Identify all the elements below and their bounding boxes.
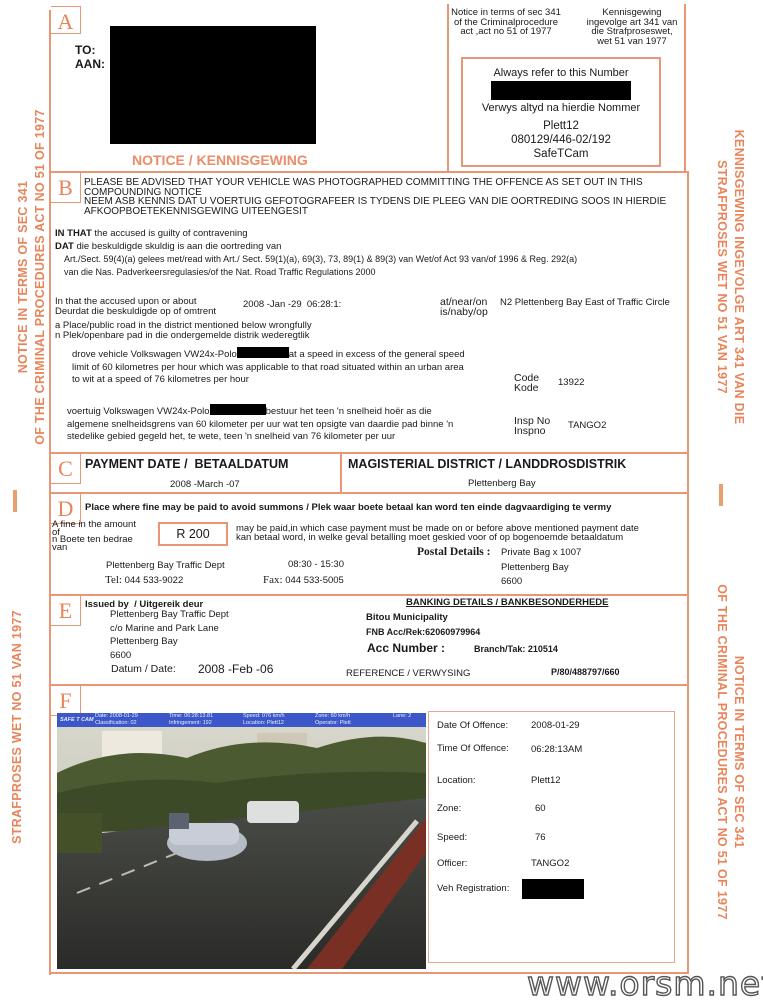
banking-label-en: BANKING DETAILS — [406, 597, 493, 608]
overlay-zone: Zone: 60 km/h — [315, 713, 350, 720]
offence-detail-row: Speed: — [437, 832, 467, 843]
margin-line: OF THE CRIMINAL PROCEDURES ACT NO 51 OF … — [713, 542, 730, 962]
tel-number: 044 533-9022 — [125, 575, 184, 586]
offence-detail-row: Date Of Offence: — [437, 720, 508, 731]
refer-label-af: Verwys altyd na hierdie Nommer — [463, 102, 659, 114]
postal-line: Private Bag x 1007 — [501, 546, 581, 561]
camera-system: SafeTCam — [463, 147, 659, 161]
at-near-label: at/near/on is/naby/op — [440, 297, 488, 317]
margin-line: NOTICE IN TERMS OF SEC 341 — [730, 542, 747, 962]
payment-date-label: PAYMENT DATE / BETAALDATUM — [85, 457, 288, 471]
postal-line: Plettenberg Bay — [501, 561, 581, 576]
fine-label-line: A fine in the amount — [52, 521, 136, 529]
margin-line: KENNISGEWING INGEVOLGE ART 341 VAN DIE — [730, 87, 747, 467]
legal-notice-en: Notice in terms of sec 341 of the Crimin… — [451, 8, 561, 37]
case-number: 080129/446-02/192 — [463, 133, 659, 147]
offence-detail-value: 76 — [535, 832, 546, 843]
act-reference-line2: van die Nas. Padverkeersregulasies/of th… — [55, 266, 577, 279]
overlay-lane: Lane: 2 — [393, 713, 411, 720]
bank-name: Bitou Municipality — [366, 612, 448, 623]
frame-right — [687, 172, 689, 972]
offence-detail-label: Officer: — [437, 858, 467, 869]
section-b-letter: B — [51, 173, 81, 203]
right-margin-text-bottom: NOTICE IN TERMS OF SEC 341 OF THE CRIMIN… — [713, 542, 747, 962]
section-e-bottom-line — [49, 684, 689, 686]
drove-post: at a speed in excess of the general spee… — [289, 349, 465, 360]
place-af: n Plek/openbare pad in die ondergemelde … — [55, 331, 312, 341]
in-that-text: the accused is guilty of contravening — [92, 228, 248, 239]
reference-number-box: Always refer to this Number Verwys altyd… — [461, 57, 661, 167]
code-label: Code Kode — [514, 373, 539, 393]
dat-text: die beskuldigde skuldig is aan die oortr… — [74, 241, 282, 252]
issuer-line: 6600 — [110, 649, 229, 663]
tel: Tel: 044 533-9022 — [105, 574, 183, 586]
offence-description-en: drove vehicle Volkswagen VW24x-Poloat a … — [72, 347, 512, 387]
offence-details-panel: Date Of Offence:2008-01-29Time Of Offenc… — [428, 711, 675, 963]
offence-detail-value: 60 — [535, 803, 546, 814]
fax-label: Fax: — [263, 574, 283, 586]
code-af: Kode — [514, 383, 539, 393]
legal-af-line: wet 51 van 1977 — [582, 37, 682, 47]
offence-detail-label: Time Of Offence: — [437, 743, 509, 754]
redacted-vehicle-registration — [522, 879, 584, 899]
voertuig-pre: voertuig Volkswagen VW24x-Polo — [67, 406, 210, 417]
offence-detail-row: Time Of Offence: — [437, 743, 509, 754]
postal-label: Postal Details : — [417, 546, 490, 558]
insp-af: Inspno — [514, 426, 550, 436]
drove-line3: to wit at a speed of 76 kilometres per h… — [72, 374, 512, 387]
section-e-letter: E — [51, 596, 81, 626]
at-near-af: is/naby/op — [440, 307, 488, 317]
insp-value: TANGO2 — [568, 420, 606, 431]
offence-detail-row: Zone: — [437, 803, 461, 814]
offence-detail-label: Veh Registration: — [437, 883, 509, 894]
legal-notice-af: Kennisgewing ingevolge art 341 van die S… — [582, 8, 682, 46]
advisory-af: NEEM ASB KENNIS DAT U VOERTUIG GEFOTOGRA… — [84, 197, 674, 216]
reference-number: P/80/488797/660 — [551, 667, 620, 677]
tel-label: Tel: — [105, 574, 122, 586]
offence-detail-label: Speed: — [437, 832, 467, 843]
offence-detail-value: Plett12 — [531, 775, 561, 786]
margin-line: NOTICE IN TERMS OF SEC 341 — [15, 77, 32, 477]
issue-date: 2008 -Feb -06 — [198, 662, 273, 676]
banking-label-af: BANKBESONDERHEDE — [501, 597, 609, 608]
redacted-reference-number — [491, 81, 631, 100]
advisory-en: PLEASE BE ADVISED THAT YOUR VEHICLE WAS … — [84, 178, 674, 197]
fax-number: 044 533-5005 — [285, 575, 344, 586]
camera-data-overlay: SAFE T CAM Date: 2008-01-29 Classificati… — [57, 713, 426, 727]
act-reference-line1: Art./Sect. 59(4)(a) gelees met/read with… — [55, 253, 577, 266]
dat-label: DAT — [55, 241, 74, 252]
issuer-line: Plettenberg Bay Traffic Dept — [110, 608, 229, 622]
postal-address: Private Bag x 1007 Plettenberg Bay 6600 — [501, 546, 581, 590]
right-margin-text-top: KENNISGEWING INGEVOLGE ART 341 VAN DIE S… — [713, 87, 747, 467]
left-margin-text-top: NOTICE IN TERMS OF SEC 341 OF THE CRIMIN… — [15, 77, 49, 477]
branch-code: Branch/Tak: 210514 — [474, 644, 558, 654]
office-hours: 08:30 - 15:30 — [288, 559, 344, 570]
issuer-address: Plettenberg Bay Traffic Dept c/o Marine … — [110, 608, 229, 662]
fine-amount-box: R 200 — [158, 522, 228, 546]
fine-label: A fine in the amount of n Boete ten bedr… — [52, 521, 136, 551]
section-b-bottom-line — [49, 452, 689, 454]
advisory-text: PLEASE BE ADVISED THAT YOUR VEHICLE WAS … — [84, 178, 674, 216]
code-value: 13922 — [558, 377, 584, 388]
voertuig-post: bestuur het teen 'n snelheid hoër as die — [266, 406, 432, 417]
margin-line: OF THE CRIMINAL PROCEDURES ACT NO 51 OF … — [32, 77, 49, 477]
camera-logo: SAFE T CAM — [60, 717, 94, 724]
overlay-time: Time: 06:28:13.81 — [169, 713, 213, 720]
voertuig-line1: voertuig Volkswagen VW24x-Polobestuur he… — [67, 404, 507, 419]
overlay-location: Location: Plett12 — [243, 720, 284, 727]
in-that-line: IN THAT the accused is guilty of contrav… — [55, 228, 577, 241]
acc-number-label: Acc Number : — [367, 641, 445, 655]
redacted-vehicle-reg — [237, 347, 289, 358]
overlay-infringement: Infringement: 192 — [169, 720, 212, 727]
aan-label: AAN: — [75, 57, 105, 71]
voertuig-line2: algemene snelheidsgrens van 60 kilometer… — [67, 419, 507, 432]
issue-date-label: Datum / Date: — [111, 663, 176, 675]
camera-photo — [57, 713, 426, 969]
margin-line: STRAFPROSES WET NO 51 VAN 1977 — [713, 87, 730, 467]
issuer-line: Plettenberg Bay — [110, 635, 229, 649]
place-statement: a Place/public road in the district ment… — [55, 321, 312, 340]
redacted-recipient-address — [110, 26, 316, 144]
notice-title: NOTICE / KENNISGEWING — [132, 152, 308, 168]
redacted-vehicle-reg — [210, 404, 266, 415]
insp-label: Insp No Inspno — [514, 416, 550, 436]
section-a-letter: A — [51, 6, 81, 34]
refer-label-en: Always refer to this Number — [463, 67, 659, 79]
location-code: Plett12 — [463, 119, 659, 133]
overlay-operator: Operator: Plett — [315, 720, 351, 727]
reference-label: REFERENCE / VERWYSING — [346, 668, 470, 679]
payment-date: 2008 -March -07 — [170, 479, 240, 490]
district: Plettenberg Bay — [468, 478, 536, 489]
offence-detail-label: Date Of Offence: — [437, 720, 508, 731]
offence-datetime: 2008 -Jan -29 06:28:1: — [243, 299, 341, 310]
offence-detail-label: Zone: — [437, 803, 461, 814]
margin-mark-left — [13, 490, 17, 512]
offence-detail-value: 06:28:13AM — [531, 744, 582, 755]
section-c-letter: C — [51, 454, 81, 484]
offence-detail-row: Veh Registration: — [437, 883, 509, 894]
watermark: www.orsm.net — [527, 964, 763, 1000]
overlay-classification: Classification: 02 — [95, 720, 137, 727]
in-that-label: IN THAT — [55, 228, 92, 239]
drove-line1: drove vehicle Volkswagen VW24x-Poloat a … — [72, 347, 512, 362]
section-d-bottom-line — [49, 594, 689, 596]
to-label: TO: — [75, 43, 95, 57]
section-c-divider — [340, 452, 342, 492]
section-f-letter: F — [51, 686, 81, 716]
dat-line: DAT die beskuldigde skuldig is aan die o… — [55, 241, 577, 254]
offence-detail-label: Location: — [437, 775, 476, 786]
banking-details-label: BANKING DETAILS / BANKBESONDERHEDE — [406, 597, 609, 608]
contravening-statement: IN THAT the accused is guilty of contrav… — [55, 228, 577, 278]
district-label: MAGISTERIAL DISTRICT / LANDDROSDISTRIK — [348, 457, 626, 471]
offence-detail-value: 2008-01-29 — [531, 720, 580, 731]
payable-text: may be paid,in which case payment must b… — [236, 524, 639, 542]
voertuig-line3: stedelike gebied gegeld het, te wete, te… — [67, 431, 507, 444]
overlay-speed: Speed: 076 km/h — [243, 713, 285, 720]
issuer-line: c/o Marine and Park Lane — [110, 622, 229, 636]
offence-location: N2 Plettenberg Bay East of Traffic Circl… — [500, 297, 670, 309]
payment-place-heading: Place where fine may be paid to avoid su… — [85, 502, 611, 513]
section-a-bottom-line — [49, 171, 689, 173]
drove-line2: limit of 60 kilometres per hour which wa… — [72, 362, 512, 375]
offence-detail-row: Location: — [437, 775, 476, 786]
upon-or-about: In that the accused upon or about Deurda… — [55, 297, 216, 316]
section-c-bottom-line — [49, 492, 689, 494]
road-scene-image — [57, 713, 426, 969]
offence-detail-row: Officer: — [437, 858, 467, 869]
bank-account: FNB Acc/Rek:62060979964 — [366, 627, 480, 637]
legal-en-line: act ,act no 51 of 1977 — [451, 27, 561, 37]
postal-line: 6600 — [501, 575, 581, 590]
overlay-date: Date: 2008-01-29 — [95, 713, 138, 720]
offence-detail-value: TANGO2 — [531, 858, 569, 869]
payable-af: kan betaal word, in welke geval betallin… — [236, 533, 639, 542]
office-name: Plettenberg Bay Traffic Dept — [106, 560, 225, 571]
drove-pre: drove vehicle Volkswagen VW24x-Polo — [72, 349, 237, 360]
margin-mark-right — [719, 484, 723, 506]
offence-description-af: voertuig Volkswagen VW24x-Polobestuur he… — [67, 404, 507, 444]
fax: Fax: 044 533-5005 — [263, 574, 344, 586]
left-margin-text-bottom: STRAFPROSES WET NO 51 VAN 1977 — [10, 562, 24, 892]
upon-af: Deurdat die beskuldigde op of omtrent — [55, 307, 216, 317]
